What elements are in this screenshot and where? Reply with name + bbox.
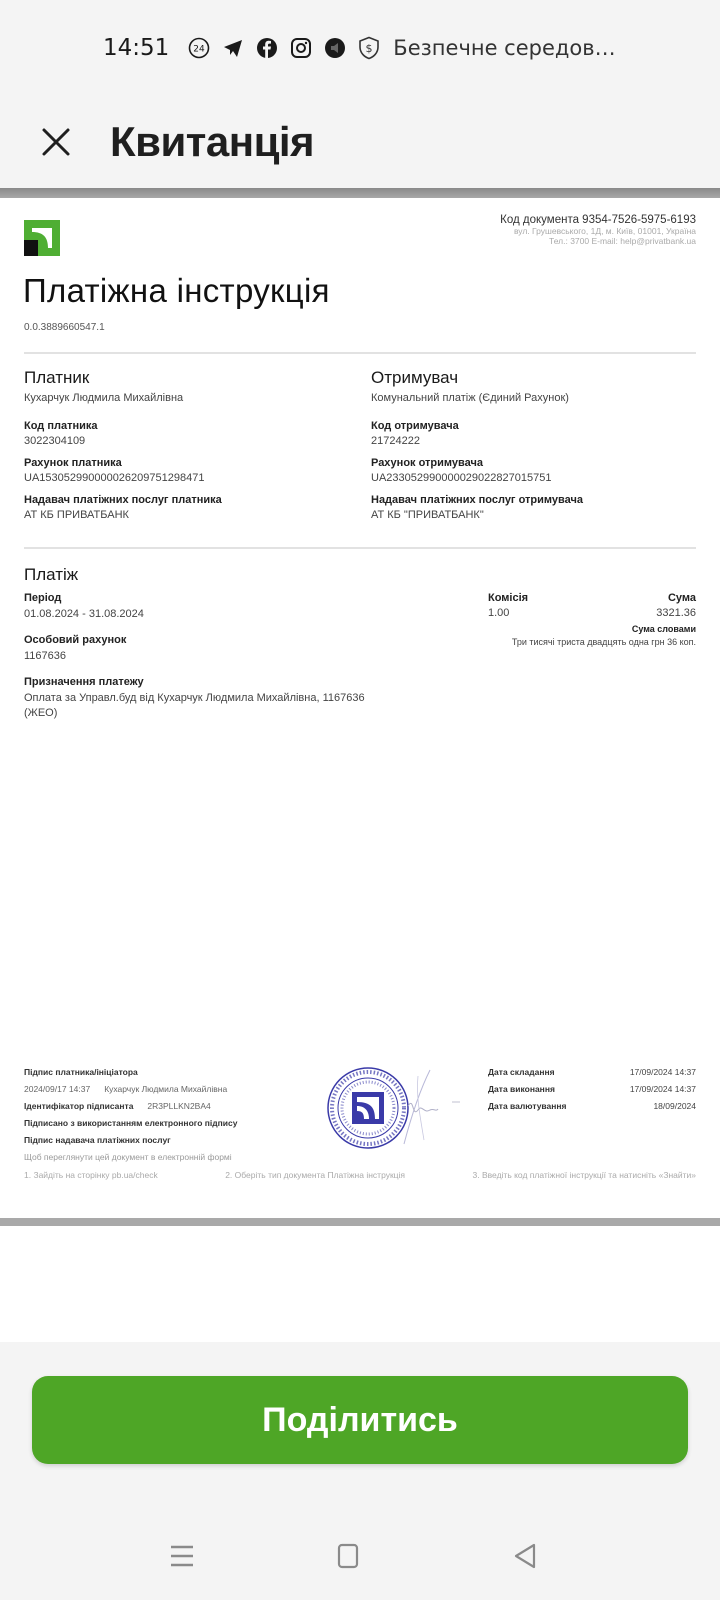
recipient-name: Комунальний платіж (Єдиний Рахунок) xyxy=(371,392,701,404)
recipient-provider: АТ КБ "ПРИВАТБАНК" xyxy=(371,509,701,521)
verify-steps: 1. Зайдіть на сторінку pb.ua/check 2. Об… xyxy=(24,1170,696,1180)
megaphone-icon xyxy=(323,36,347,60)
svg-text:24: 24 xyxy=(194,45,206,55)
privatbank-logo-icon xyxy=(24,220,60,256)
back-button[interactable] xyxy=(508,1538,544,1574)
receipt-document: Код документа 9354-7526-5975-6193 вул. Г… xyxy=(0,198,720,1218)
shield-dollar-icon: $ xyxy=(357,36,381,60)
system-nav-bar xyxy=(0,1530,720,1580)
app-bar-divider xyxy=(0,188,720,198)
e-sign-note: Підписано з використанням електронного п… xyxy=(24,1117,314,1134)
payer-provider: АТ КБ ПРИВАТБАНК xyxy=(24,509,354,521)
payer-provider-label: Надавач платіжних послуг платника xyxy=(24,494,354,506)
bank-address: вул. Грушевського, 1Д, м. Київ, 01001, У… xyxy=(500,226,696,236)
signer-name: Кухарчук Людмила Михайлівна xyxy=(104,1084,227,1094)
recents-button[interactable] xyxy=(164,1538,200,1574)
period-label: Період xyxy=(24,592,384,604)
payer-code: 3022304109 xyxy=(24,435,354,447)
status-time: 14:51 xyxy=(103,35,169,61)
recipient-section: Отримувач Комунальний платіж (Єдиний Рах… xyxy=(371,368,701,531)
payer-code-label: Код платника xyxy=(24,420,354,432)
payer-account-label: Рахунок платника xyxy=(24,457,354,469)
sum-label: Сума xyxy=(656,592,696,604)
home-button[interactable] xyxy=(330,1538,366,1574)
verify-step: 1. Зайдіть на сторінку pb.ua/check xyxy=(24,1170,158,1180)
share-button[interactable]: Поділитись xyxy=(32,1376,688,1464)
payer-heading: Платник xyxy=(24,368,354,388)
signer-id-line: Ідентифікатор підписанта2R3PLLKN2BA4 xyxy=(24,1100,314,1117)
signer-id-label: Ідентифікатор підписанта xyxy=(24,1101,133,1111)
divider xyxy=(24,352,696,354)
status-bar: 14:51 24 $ Безпечне середов… xyxy=(0,0,720,96)
document-title: Платіжна інструкція xyxy=(23,272,330,310)
sum-words-block: Сума словами Три тисячі триста двадцять … xyxy=(512,624,696,657)
document-code: Код документа 9354-7526-5975-6193 xyxy=(500,214,696,226)
recipient-provider-label: Надавач платіжних послуг отримувача xyxy=(371,494,701,506)
home-icon xyxy=(334,1542,362,1570)
payment-details: Період 01.08.2024 - 31.08.2024 Особовий … xyxy=(24,592,384,733)
commission-value: 1.00 xyxy=(488,607,528,619)
recipient-account: UA233052990000029022827015751 xyxy=(371,472,701,484)
bank-stamp-icon xyxy=(326,1066,410,1150)
period-value: 01.08.2024 - 31.08.2024 xyxy=(24,607,384,622)
payer-name: Кухарчук Людмила Михайлівна xyxy=(24,392,354,404)
date-label: Дата виконання xyxy=(488,1083,555,1100)
document-code-block: Код документа 9354-7526-5975-6193 вул. Г… xyxy=(500,214,696,246)
verify-step: 2. Оберіть тип документа Платіжна інстру… xyxy=(225,1170,405,1180)
recipient-account-label: Рахунок отримувача xyxy=(371,457,701,469)
signer-id: 2R3PLLKN2BA4 xyxy=(147,1101,210,1111)
payer-section: Платник Кухарчук Людмила Михайлівна Код … xyxy=(24,368,354,531)
date-label: Дата складання xyxy=(488,1066,555,1083)
date-value: 17/09/2024 14:37 xyxy=(630,1083,696,1100)
date-label: Дата валютування xyxy=(488,1100,567,1117)
date-row: Дата валютування 18/09/2024 xyxy=(488,1100,696,1117)
signed-at: 2024/09/17 14:37 xyxy=(24,1084,90,1094)
date-row: Дата складання 17/09/2024 14:37 xyxy=(488,1066,696,1083)
date-value: 17/09/2024 14:37 xyxy=(630,1066,696,1083)
date-value: 18/09/2024 xyxy=(653,1100,696,1117)
close-icon xyxy=(41,127,71,157)
payer-account: UA153052990000026209751298471 xyxy=(24,472,354,484)
notification-text: Безпечне середов… xyxy=(393,36,615,60)
signature-block: Підпис платника/ініціатора 2024/09/17 14… xyxy=(24,1066,314,1151)
dates-block: Дата складання 17/09/2024 14:37 Дата вик… xyxy=(488,1066,696,1117)
personal-account-label: Особовий рахунок xyxy=(24,634,384,646)
personal-account-value: 1167636 xyxy=(24,649,384,664)
blank-area xyxy=(0,1226,720,1342)
facebook-icon xyxy=(255,36,279,60)
handwritten-signature-icon xyxy=(400,1066,470,1150)
recipient-heading: Отримувач xyxy=(371,368,701,388)
sum-words-label: Сума словами xyxy=(512,624,696,634)
telegram-icon xyxy=(221,36,245,60)
signer-label: Підпис платника/ініціатора xyxy=(24,1066,314,1083)
provider-sign-label: Підпис надавача платіжних послуг xyxy=(24,1134,314,1151)
svg-text:$: $ xyxy=(366,42,373,55)
verify-step: 3. Введіть код платіжної інструкції та н… xyxy=(473,1170,697,1180)
bank-contacts: Тел.: 3700 E-mail: help@privatbank.ua xyxy=(500,236,696,246)
signer-line: 2024/09/17 14:37Кухарчук Людмила Михайлі… xyxy=(24,1083,314,1100)
back-icon xyxy=(512,1542,540,1570)
recipient-code: 21724222 xyxy=(371,435,701,447)
purpose-value: Оплата за Управл.буд від Кухарчук Людмил… xyxy=(24,691,384,721)
recipient-code-label: Код отримувача xyxy=(371,420,701,432)
sum-value: 3321.36 xyxy=(656,607,696,619)
purpose-label: Призначення платежу xyxy=(24,676,384,688)
close-button[interactable] xyxy=(34,120,78,164)
verify-hint: Щоб переглянути цей документ в електронн… xyxy=(24,1152,232,1162)
page-title: Квитанція xyxy=(110,118,314,166)
app-bar: Квитанція xyxy=(0,96,720,188)
document-id: 0.0.3889660547.1 xyxy=(24,322,105,333)
commission-label: Комісія xyxy=(488,592,528,604)
divider xyxy=(24,547,696,549)
date-row: Дата виконання 17/09/2024 14:37 xyxy=(488,1083,696,1100)
sum-words-value: Три тисячі триста двадцять одна грн 36 к… xyxy=(512,637,696,647)
news24-icon: 24 xyxy=(187,36,211,60)
payment-heading: Платіж xyxy=(24,565,78,585)
document-bottom-divider xyxy=(0,1218,720,1226)
instagram-icon xyxy=(289,36,313,60)
recents-icon xyxy=(168,1542,196,1570)
